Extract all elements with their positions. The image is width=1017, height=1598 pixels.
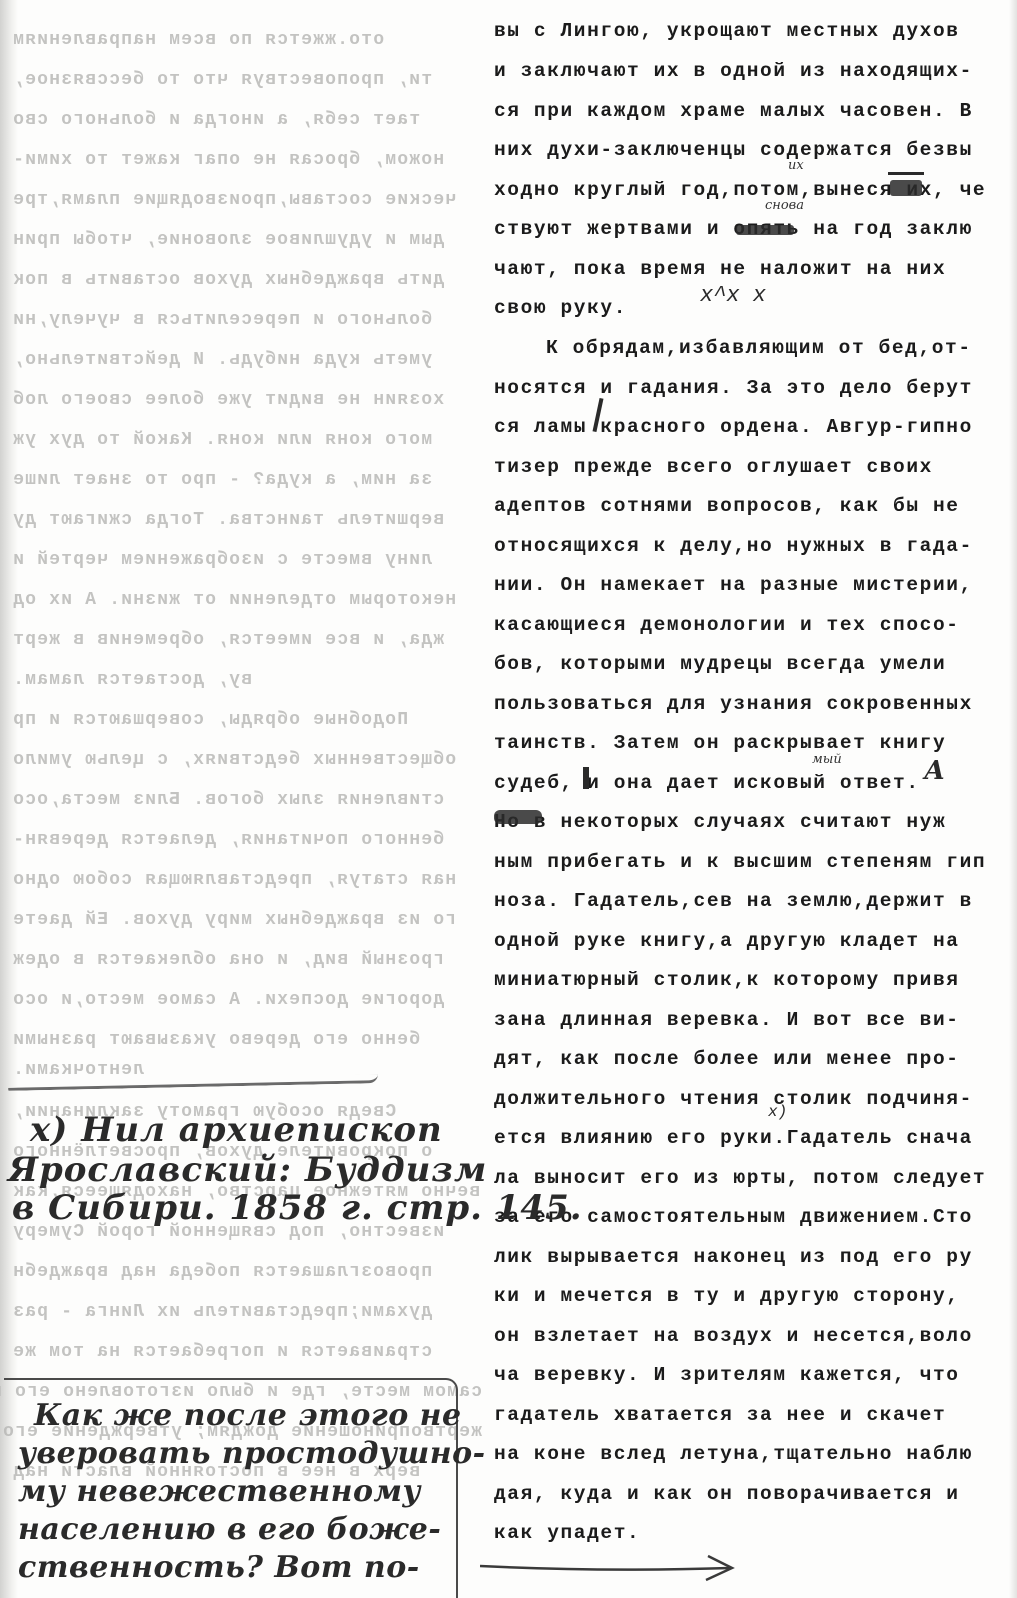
- typed-line: зана длинная веревка. И вот все ви-: [494, 1009, 960, 1031]
- bleed-line: дить враждебных духов оставить в пок: [12, 270, 482, 290]
- bleed-line: ото.жжется по всем направлениям: [12, 30, 482, 50]
- insert-ikh-annotation: их: [788, 158, 804, 173]
- page-edge-right: [1009, 0, 1017, 1598]
- bleed-line: больного и переселиться в чучелу,ни: [12, 310, 482, 330]
- typed-line: вы с Лингою, укрощают местных духов: [494, 20, 960, 42]
- boxed-comment-line: населению в его боже-: [18, 1512, 441, 1547]
- insert-snova-annotation: снова: [765, 198, 804, 213]
- typed-line: одной руке книгу,а другую кладет на: [494, 930, 960, 952]
- bleed-line: грозный вид, и она облекается в одеж: [12, 950, 482, 970]
- boxed-comment-line: Как же после этого не: [34, 1398, 462, 1433]
- typed-line: ки и мечется в ту и другую сторону,: [494, 1285, 960, 1307]
- typed-line: ча веревку. И зрителям кажется, что: [494, 1364, 960, 1386]
- typed-line: миниатюрный столик,к которому привя: [494, 969, 960, 991]
- typed-line: и заключают их в одной из находящих-: [494, 60, 973, 82]
- insert-myi-annotation: мый: [812, 752, 842, 767]
- typed-line: ла выносит его из юрты, потом следует: [494, 1167, 986, 1189]
- typed-line: он взлетает на воздух и несется,воло: [494, 1325, 973, 1347]
- struck-No-blot: [494, 810, 542, 824]
- bleed-line: мого коня или коня. Какой то дух уж: [12, 430, 482, 450]
- scanned-page: ото.жжется по всем направлениям ти, проп…: [0, 0, 1017, 1598]
- bleed-line: духами;представитель их Линга - раз: [12, 1302, 482, 1322]
- bleed-line: дорогие доспехи. А самое место,и осо: [12, 990, 482, 1010]
- margin-A-annotation: А: [924, 756, 945, 786]
- struck-comma-mark: [583, 767, 589, 789]
- bleed-line: общественных бедствиях, с целью умило: [12, 750, 482, 770]
- typed-line: таинств. Затем он раскрывает книгу: [494, 732, 946, 754]
- typed-line: лик вырывается наконец из под его ру: [494, 1246, 973, 1268]
- bleed-line: уметь куда нибудь. И действительно,: [12, 350, 482, 370]
- typed-line: гадатель хватается за нее и скачет: [494, 1404, 946, 1426]
- typed-line: ется влиянию его руки.Гадатель снача: [494, 1127, 973, 1149]
- typed-line: К обрядам,избавляющим от бед,от-: [546, 337, 972, 359]
- bleed-line: страивается и погребается на том же: [12, 1342, 482, 1362]
- bleed-line: тает себя, а иногда и больного сво: [12, 110, 482, 130]
- struck-ikh-overline: [888, 172, 924, 175]
- bleed-line: го из враждебных миру духов. Ей даете: [12, 910, 482, 930]
- typed-line: пользоваться для узнания сокровенных: [494, 693, 973, 715]
- bleed-line: жда, и все имеется, обременив в жерт: [12, 630, 482, 650]
- typed-line: свою руку.: [494, 297, 627, 319]
- typed-line: них духи-заключенцы содержатся безвы: [494, 139, 973, 161]
- boxed-comment-line: ственность? Вот по-: [18, 1550, 420, 1585]
- bleed-line: ная статуя, представляющая собою одно: [12, 870, 482, 890]
- footnote-line: в Сибири. 1858 г. стр. 145.: [12, 1188, 583, 1228]
- typed-line: адептов сотнями вопросов, как бы не: [494, 495, 960, 517]
- typed-line: ным прибегать и к высшим степеням гип: [494, 851, 986, 873]
- bleed-line: бенно его дерево указывают разными: [12, 1030, 482, 1050]
- boxed-comment-line: уверовать простодушно-: [18, 1436, 486, 1471]
- bleed-line: ческие составы,производящие пламя,тре: [12, 190, 482, 210]
- typed-line: относящихся к делу,но нужных в гада-: [494, 535, 973, 557]
- typed-line: на коне вслед летуна,тщательно наблю: [494, 1443, 973, 1465]
- typed-line: нии. Он намекает на разные мистерии,: [494, 574, 973, 596]
- typed-line: ся при каждом храме малых часовен. В: [494, 100, 973, 122]
- typed-line: ноза. Гадатель,сев на землю,держит в: [494, 890, 973, 912]
- bleed-line: ножом, бросая не опаг кажет то хими-: [12, 150, 482, 170]
- bleed-line: ву, достается ламам.: [12, 670, 482, 690]
- typed-line: тизер прежде всего оглушает своих: [494, 456, 933, 478]
- bleed-line: вершитель таинства. Тогда сжигают ду: [12, 510, 482, 530]
- typed-line: бов, которыми мудрецы всегда умели: [494, 653, 946, 675]
- footnote-line: Ярославский: Буддизм: [8, 1150, 487, 1190]
- typed-line: судеб, и она дает исковый ответ.: [494, 772, 920, 794]
- typed-line: дая, куда и как он поворачивается и: [494, 1483, 960, 1505]
- bleed-line: стивления злых богов. Близ места,осо: [12, 790, 482, 810]
- bleed-line: хозяин не видит уже более своего лоб: [12, 390, 482, 410]
- struck-opyat-blot: [736, 225, 794, 235]
- typed-line: чают, пока время не наложит на них: [494, 258, 946, 280]
- bleed-line: бенного почитания, делается деревян-: [12, 830, 482, 850]
- footnote-line: x) Нил архиепископ: [30, 1110, 443, 1150]
- bleed-line: Подобные обряды, совершаются и пр: [12, 710, 482, 730]
- bleed-line: дым и удушливое зловоние, чтобы прин: [12, 230, 482, 250]
- typed-line: дят, как после более или менее про-: [494, 1048, 960, 1070]
- continuation-arrow-icon: [480, 1552, 736, 1582]
- typed-line: ствуют жертвами и опять на год заклю: [494, 218, 973, 240]
- typed-line: касающиеся демонологии и тех спосо-: [494, 614, 960, 636]
- bleed-line: провозглашается победа над враждебн: [12, 1262, 482, 1282]
- bleed-line: за ним, а куда? - про то знает лише: [12, 470, 482, 490]
- bleed-line: некоторым отделении от жизни. А их од: [12, 590, 482, 610]
- bleed-line: ти, проповествуя что то бессвязное,: [12, 70, 482, 90]
- boxed-comment-line: му невежественному: [18, 1474, 421, 1509]
- typed-line: должительного чтения столик подчиня-: [494, 1088, 973, 1110]
- typed-line: носятся и гадания. За это дело берут: [494, 377, 973, 399]
- bleed-line: лину вместе с изображением чертей и: [12, 550, 482, 570]
- footnote-mark-x: x): [768, 1103, 787, 1121]
- struck-ikh-blot: [890, 180, 922, 196]
- insert-mark-xx: x^x x: [700, 283, 766, 308]
- typed-line: как упадет.: [494, 1522, 640, 1544]
- typed-line: Но в некоторых случаях считают нуж: [494, 811, 946, 833]
- typed-line: ся ламы красного ордена. Авгур-гипно: [494, 416, 973, 438]
